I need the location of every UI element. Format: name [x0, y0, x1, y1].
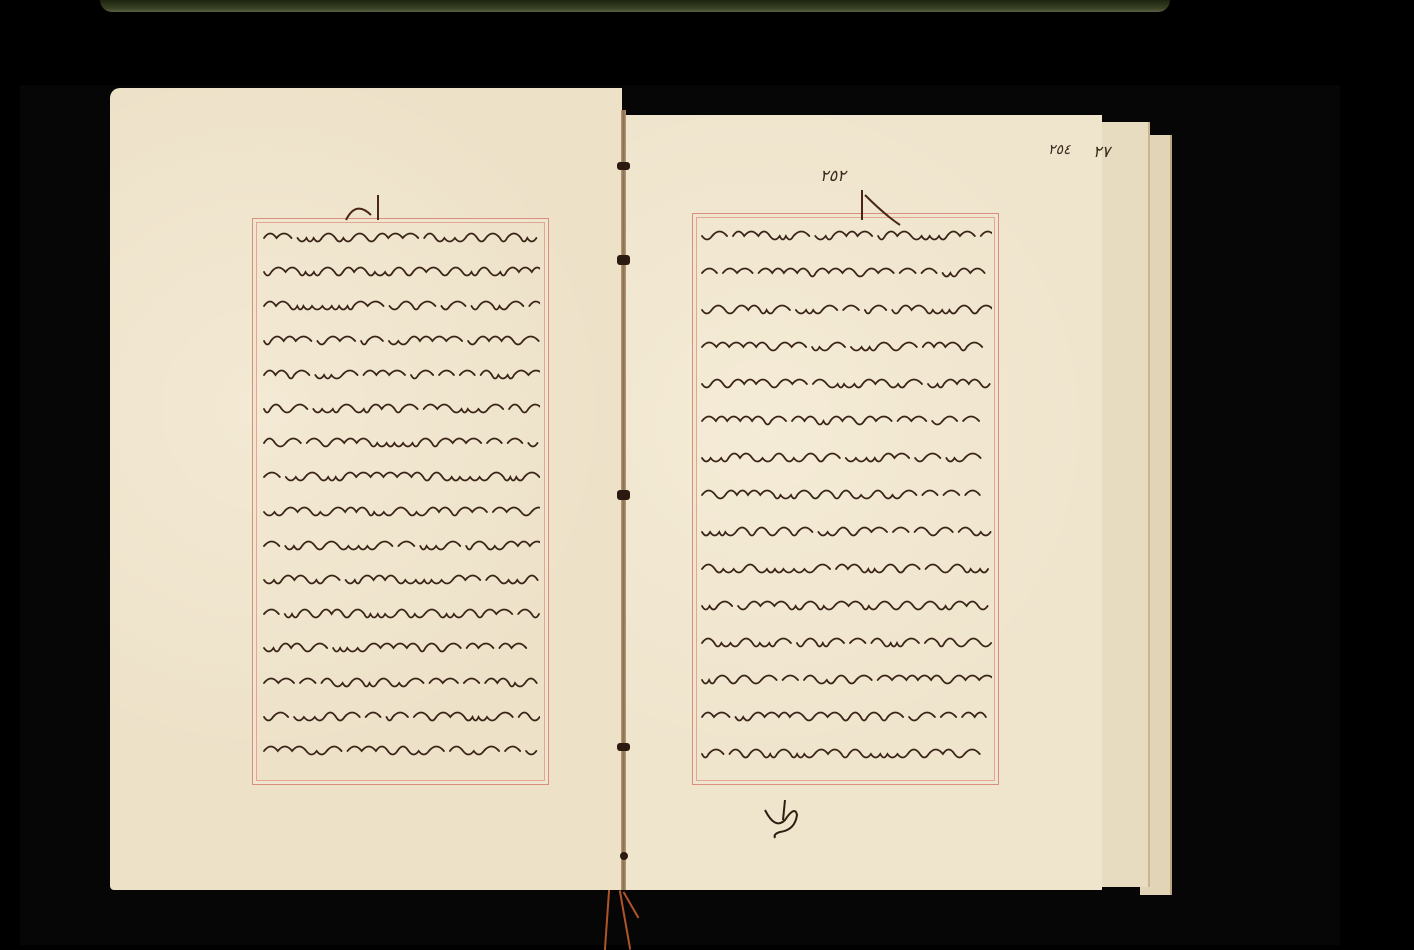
manuscript-text-line — [700, 335, 992, 357]
manuscript-text-line — [262, 397, 540, 419]
manuscript-text-line — [700, 298, 992, 320]
manuscript-text-line — [262, 329, 540, 351]
manuscript-text-line — [262, 671, 540, 693]
manuscript-text-line — [700, 668, 992, 690]
ascender-stroke-icon — [316, 195, 386, 225]
manuscript-text-line — [700, 742, 992, 764]
manuscript-text-line — [700, 372, 992, 394]
binding-stitch — [617, 255, 630, 265]
manuscript-text-line — [262, 602, 540, 624]
manuscript-text-line — [262, 260, 540, 282]
manuscript-text-line — [700, 520, 992, 542]
manuscript-text-line — [700, 557, 992, 579]
ascender-stroke-icon — [840, 190, 910, 230]
page-stack-inner — [1098, 122, 1150, 887]
manuscript-text-line — [700, 261, 992, 283]
corner-mark: ٢٥٤ — [1048, 142, 1071, 158]
manuscript-text-line — [262, 636, 540, 658]
catchword-icon — [755, 800, 805, 840]
manuscript-text-line — [262, 568, 540, 590]
manuscript-text-line — [700, 483, 992, 505]
manuscript-text-line — [700, 705, 992, 727]
manuscript-text-line — [700, 594, 992, 616]
manuscript-text-line — [262, 465, 540, 487]
binding-stitch — [617, 490, 630, 500]
manuscript-text-line — [700, 446, 992, 468]
binding-stitch — [617, 162, 630, 170]
corner-annotation: ٢٧ — [1093, 142, 1110, 161]
manuscript-text-line — [262, 705, 540, 727]
manuscript-text-line — [262, 500, 540, 522]
page-number: ٢٥٢ — [820, 166, 846, 185]
manuscript-text-line — [700, 409, 992, 431]
manuscript-text-line — [262, 739, 540, 761]
manuscript-text-line — [262, 294, 540, 316]
top-frame-edge — [100, 0, 1170, 12]
binding-stitch — [620, 852, 628, 860]
manuscript-text-line — [262, 363, 540, 385]
binding-stitch — [617, 743, 630, 751]
manuscript-text-line — [262, 534, 540, 556]
manuscript-text-line — [262, 431, 540, 453]
book-gutter — [621, 110, 626, 890]
manuscript-text-line — [700, 631, 992, 653]
manuscript-text-line — [262, 226, 540, 248]
